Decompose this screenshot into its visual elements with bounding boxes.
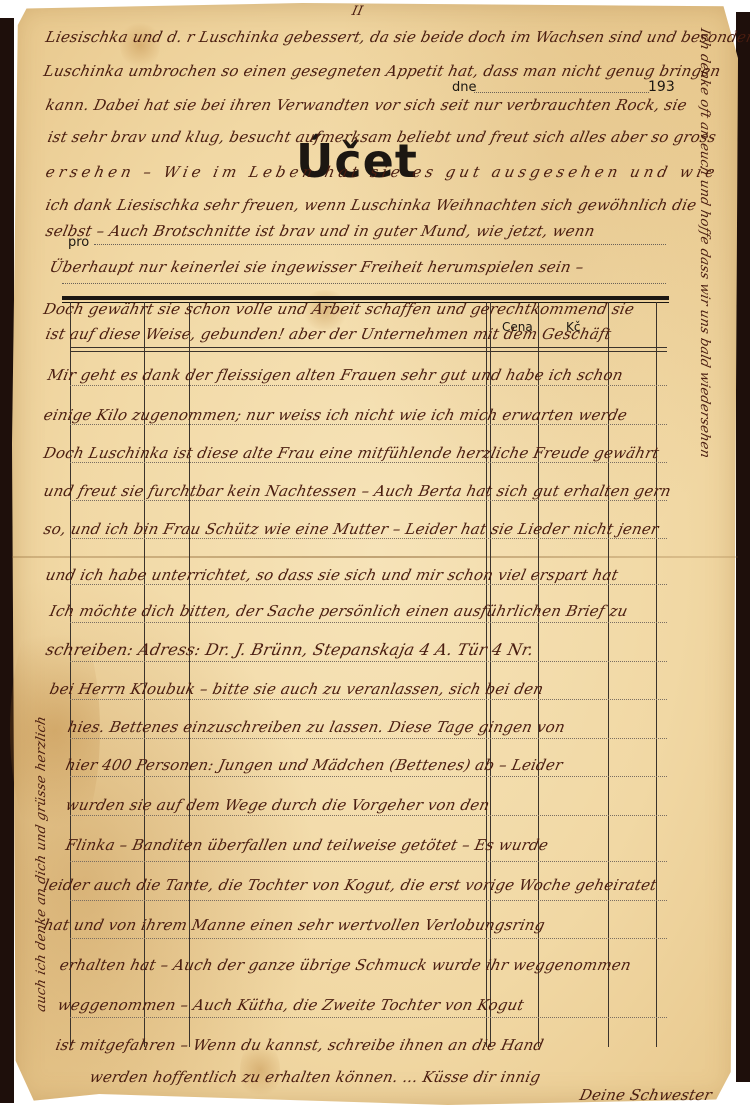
ledger-row-line (70, 584, 667, 585)
handwritten-line: selbst – Auch Brotschnitte ist brav und … (44, 222, 596, 240)
handwritten-line: leider auch die Tante, die Tochter von K… (42, 876, 658, 894)
handwritten-line: werden hoffentlich zu erhalten können. .… (88, 1068, 542, 1086)
recipient-field-line (94, 244, 666, 245)
handwritten-line: ist auf diese Weise, gebunden! aber der … (44, 325, 613, 343)
ledger-row-line (70, 900, 667, 901)
ledger-row-line (70, 815, 667, 816)
handwritten-line: hies. Bettenes einzuschreiben zu lassen.… (66, 718, 567, 736)
ledger-row-line (70, 500, 667, 501)
signature: Deine Schwester (578, 1086, 714, 1104)
handwritten-line: so, und ich bin Frau Schütz wie eine Mut… (42, 520, 660, 538)
ledger-row-line (70, 938, 667, 939)
handwritten-line: ersehen – Wie im Leben hat sie es gut au… (44, 163, 720, 181)
handwritten-line: erhalten hat – Auch der ganze übrige Sch… (58, 956, 633, 974)
handwritten-line: Flinka – Banditen überfallen und teilwei… (64, 836, 550, 854)
handwritten-line: Doch Luschinka ist diese alte Frau eine … (42, 444, 661, 462)
handwritten-line: weggenommen – Auch Kütha, die Zweite Toc… (56, 996, 526, 1014)
ledger-row-line (70, 385, 667, 386)
handwritten-line: ist mitgefahren – Wenn du kannst, schrei… (54, 1036, 545, 1054)
margin-note-right: Ich denke oft an euch und hoffe dass wir… (697, 27, 712, 460)
margin-note-left: auch ich denke an dich und grüsse herzli… (34, 715, 49, 1013)
scan-edge-right (736, 12, 750, 1082)
handwritten-line: und freut sie furchtbar kein Nachtessen … (42, 482, 673, 500)
handwritten-line: einige Kilo zugenommen; nur weiss ich ni… (42, 406, 629, 424)
handwritten-line: wurden sie auf dem Wege durch die Vorgeh… (64, 796, 491, 814)
handwritten-line: hat und von ihrem Manne einen sehr wertv… (42, 916, 547, 934)
handwritten-line: Überhaupt nur keinerlei sie ingewisser F… (48, 258, 585, 276)
handwritten-line: ist sehr brav und klug, besucht aufmerks… (46, 128, 718, 146)
scan-edge-left (0, 18, 14, 1103)
year-prefix: 193 (648, 79, 675, 95)
handwritten-line: Mir geht es dank der fleissigen alten Fr… (46, 366, 625, 384)
handwritten-line: und ich habe unterrichtet, so dass sie s… (44, 566, 620, 584)
date-field-line (474, 92, 649, 93)
handwritten-line: Liesischka und d. r Luschinka gebessert,… (44, 28, 750, 46)
table-header-rule (70, 347, 667, 352)
date-label: dne (452, 80, 477, 95)
ledger-row-line (70, 538, 667, 539)
handwritten-line: Ich möchte dich bitten, der Sache persön… (48, 602, 629, 620)
handwritten-line: ich dank Liesischka sehr freuen, wenn Lu… (44, 196, 698, 214)
ledger-row-line (70, 776, 667, 777)
ledger-row-line (70, 424, 667, 425)
ledger-row-line (70, 622, 667, 623)
ledger-row-line (70, 861, 667, 862)
column-line (656, 302, 657, 1047)
handwritten-line: bei Herrn Kloubuk – bitte sie auch zu ve… (48, 680, 545, 698)
handwritten-line: Doch gewährt sie schon volle und Arbeit … (42, 300, 636, 318)
paper-fold (12, 556, 738, 558)
handwritten-line: hier 400 Personen: Jungen und Mädchen (B… (64, 756, 564, 774)
ledger-row-line (70, 661, 667, 662)
ledger-row-line (70, 738, 667, 739)
ledger-row-line (70, 1017, 667, 1018)
ledger-row-line (70, 462, 667, 463)
handwritten-line: schreiben: Adress: Dr. J. Brünn, Stepans… (44, 640, 536, 659)
handwritten-line: kann. Dabei hat sie bei ihren Verwandten… (44, 96, 689, 114)
recipient-field-line-2 (62, 283, 666, 284)
ledger-row-line (70, 699, 667, 700)
handwritten-line: Luschinka umbrochen so einen gesegneten … (42, 62, 722, 80)
